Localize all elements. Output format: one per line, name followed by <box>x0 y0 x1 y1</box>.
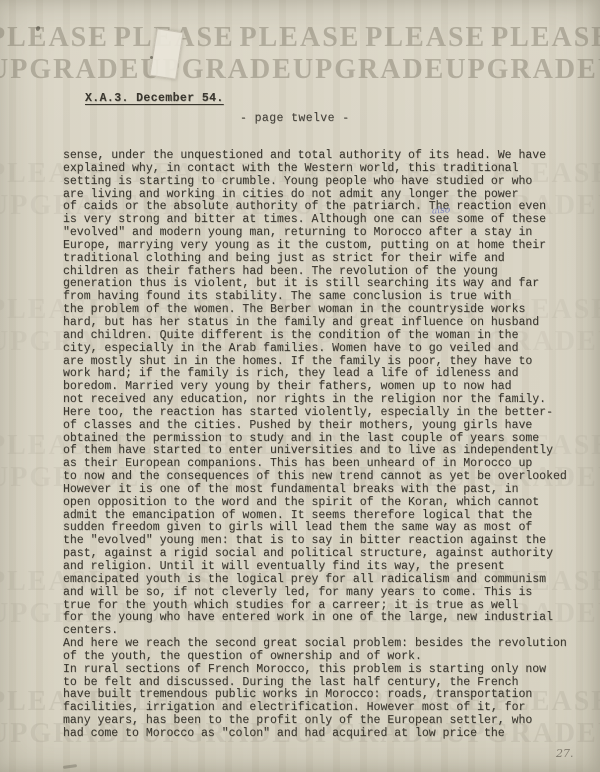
scanned-document-page: PLEASEPLEASEPLEASEPLEASEPLEASEUPGRADEUPG… <box>0 0 600 772</box>
watermark-text: PLEASE <box>0 22 109 54</box>
watermark-row: UPGRADEUPGRADEUPGRADEUPGRADEUPGRADE <box>0 54 600 86</box>
page-number: 27. <box>556 747 574 760</box>
ink-speck <box>150 56 153 59</box>
watermark-text: PLEASE <box>365 22 486 54</box>
ink-speck <box>63 764 77 769</box>
handwritten-annotation: also <box>432 205 451 216</box>
watermark-row: PLEASEPLEASEPLEASEPLEASEPLEASE <box>0 22 600 54</box>
ink-speck <box>35 25 41 31</box>
watermark-text: PLEASE <box>491 22 600 54</box>
watermark-text: UPGRADE <box>445 54 597 86</box>
watermark-text: PLEASE <box>240 22 361 54</box>
tape-artifact <box>149 28 183 80</box>
watermark-text: UPGRADE <box>0 54 140 86</box>
watermark-text: UPGRADE <box>293 54 445 86</box>
document-reference: X.A.3. December 54. <box>85 92 224 105</box>
page-header-label: - page twelve - <box>240 112 350 125</box>
watermark-group: PLEASEPLEASEPLEASEPLEASEPLEASEUPGRADEUPG… <box>0 22 600 86</box>
typewritten-text: sense, under the unquestioned and total … <box>63 150 567 741</box>
